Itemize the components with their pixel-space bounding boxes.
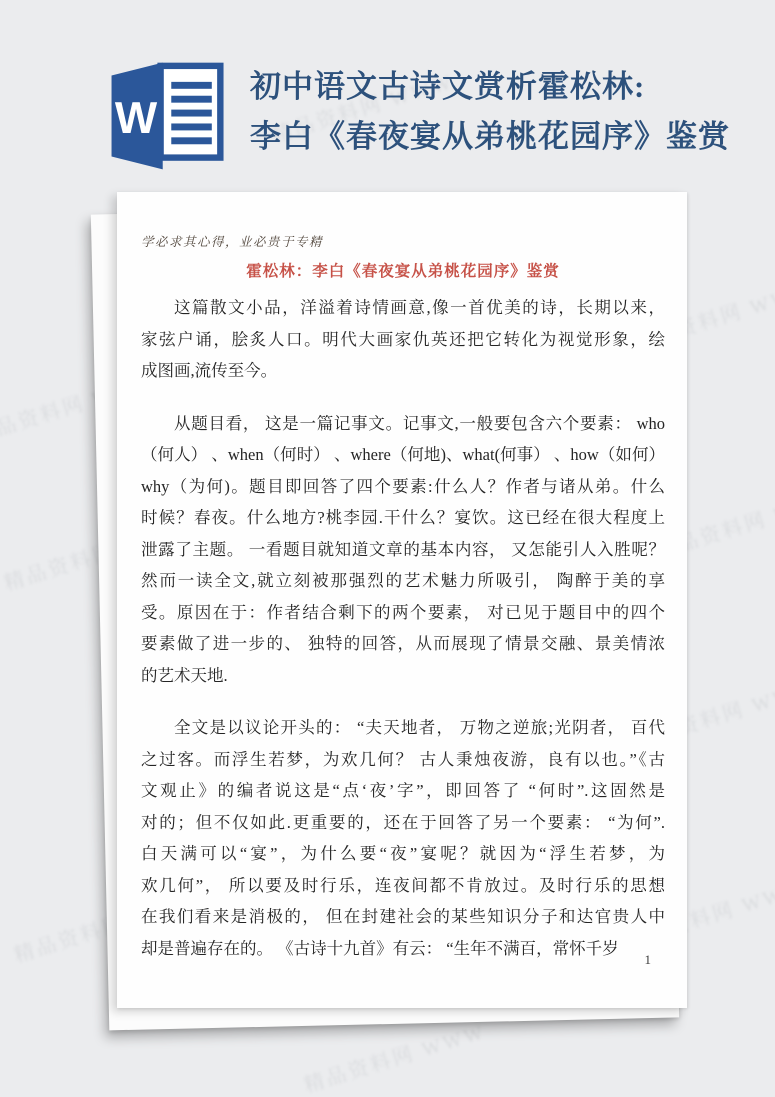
- paragraph-line: 文观止》的编者说这是“点‘夜’字”，即回答了 “何时”.这固然是: [141, 775, 665, 807]
- paragraph-line: 时候？春夜。什么地方?桃李园.干什么？宴饮。这已经在很大程度上: [141, 502, 665, 534]
- page-title: 初中语文古诗文赏析霍松林: 李白《春夜宴从弟桃花园序》鉴赏: [250, 62, 760, 162]
- paragraph: 这篇散文小品，洋溢着诗情画意,像一首优美的诗，长期以来，家弦户诵，脍炙人口。明代…: [141, 292, 665, 387]
- paragraph-line: 之过客。而浮生若梦，为欢几何？ 古人秉烛夜游，良有以也。”《古: [141, 744, 665, 776]
- paragraph-line: 在我们看来是消极的， 但在封建社会的某些知识分子和达官贵人中: [141, 901, 665, 933]
- paragraph-line: 欢几何”， 所以要及时行乐，连夜间都不肯放过。及时行乐的思想: [141, 870, 665, 902]
- word-icon: W: [103, 56, 231, 176]
- page-canvas: 精品资料网 WWW 精品资料网 WWW 精品资料网 WWW 精品资料网 WWW …: [0, 0, 775, 1097]
- paragraph-line: 然而一读全文,就立刻被那强烈的艺术魅力所吸引， 陶醉于美的享: [141, 565, 665, 597]
- doc-header: W 初中语文古诗文赏析霍松林: 李白《春夜宴从弟桃花园序》鉴赏: [0, 0, 775, 192]
- paragraph-line: 从题目看， 这是一篇记事文。记事文,一般要包含六个要素： who: [141, 408, 665, 440]
- document-body: 这篇散文小品，洋溢着诗情画意,像一首优美的诗，长期以来，家弦户诵，脍炙人口。明代…: [141, 292, 665, 964]
- paragraph: 从题目看， 这是一篇记事文。记事文,一般要包含六个要素： who（何人） 、wh…: [141, 408, 665, 692]
- word-icon-letter: W: [115, 93, 158, 143]
- paragraph-line: 却是普遍存在的。 《古诗十九首》有云： “生年不满百，常怀千岁: [141, 933, 665, 965]
- document-page: 学必求其心得，业必贵于专精 霍松林：李白《春夜宴从弟桃花园序》鉴赏 这篇散文小品…: [117, 192, 687, 1008]
- page-number: 1: [645, 952, 652, 968]
- paragraph-line: 的艺术天地.: [141, 660, 665, 692]
- paragraph-line: 对的；但不仅如此.更重要的，还在于回答了另一个要素： “为何”.: [141, 807, 665, 839]
- paragraph-line: 家弦户诵，脍炙人口。明代大画家仇英还把它转化为视觉形象，绘: [141, 324, 665, 356]
- paragraph-line: 这篇散文小品，洋溢着诗情画意,像一首优美的诗，长期以来，: [141, 292, 665, 324]
- page-motto: 学必求其心得，业必贵于专精: [141, 234, 665, 250]
- document-preview[interactable]: 学必求其心得，业必贵于专精 霍松林：李白《春夜宴从弟桃花园序》鉴赏 这篇散文小品…: [117, 192, 687, 1008]
- document-heading: 霍松林：李白《春夜宴从弟桃花园序》鉴赏: [141, 262, 665, 282]
- paragraph-line: 受。原因在于：作者结合剩下的两个要素， 对已见于题目中的四个: [141, 597, 665, 629]
- paragraph-line: 成图画,流传至今。: [141, 355, 665, 387]
- paragraph-line: 全文是以议论开头的： “夫天地者， 万物之逆旅;光阴者， 百代: [141, 712, 665, 744]
- paragraph-line: 要素做了进一步的、 独特的回答，从而展现了情景交融、景美情浓: [141, 628, 665, 660]
- paragraph-line: why（为何)。题目即回答了四个要素:什么人？作者与诸从弟。什么: [141, 471, 665, 503]
- paragraph-line: 白天满可以“宴”，为什么要“夜”宴呢？就因为“浮生若梦，为: [141, 838, 665, 870]
- paragraph-line: （何人） 、when（何时） 、where（何地)、what(何事） 、how（…: [141, 439, 665, 471]
- page-title-line1: 初中语文古诗文赏析霍松林:: [250, 62, 760, 112]
- watermark: 精品资料网 WWW: [300, 1015, 489, 1097]
- page-title-line2: 李白《春夜宴从弟桃花园序》鉴赏: [250, 112, 760, 162]
- paragraph-line: 泄露了主题。 一看题目就知道文章的基本内容， 又怎能引人入胜呢？: [141, 534, 665, 566]
- paragraph: 全文是以议论开头的： “夫天地者， 万物之逆旅;光阴者， 百代之过客。而浮生若梦…: [141, 712, 665, 964]
